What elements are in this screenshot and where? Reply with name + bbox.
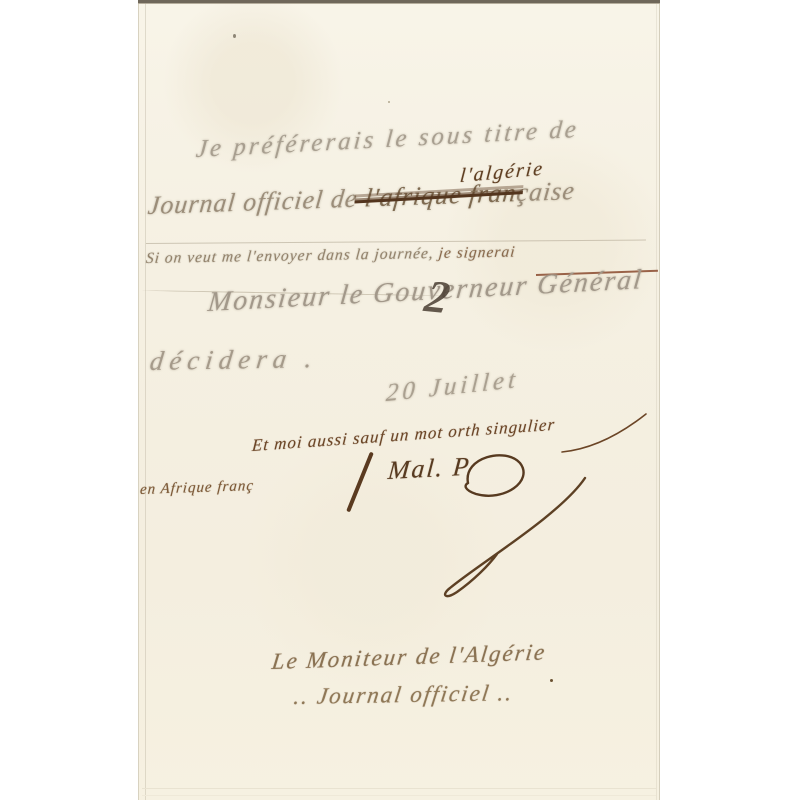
manuscript-line-1: Je préférerais le sous titre de: [195, 117, 580, 162]
paper-right-edge: [656, 3, 657, 800]
manuscript-line-2: Journal officiel de l'afrique française: [147, 178, 577, 219]
line3-underlined-text: je signerai: [438, 244, 516, 262]
manuscript-photo: Je préférerais le sous titre de l'algéri…: [138, 0, 660, 800]
paper-speck: [233, 34, 236, 38]
manuscript-line-6-date: 20 Juillet: [385, 367, 520, 406]
line2-prefix: Journal officiel de: [147, 184, 360, 220]
manuscript-line-5: décidera .: [148, 345, 319, 375]
paper-speck: [388, 101, 390, 103]
ruled-line: [146, 240, 646, 244]
scan-bottom-line: [142, 788, 656, 789]
line2-tail: çaise: [515, 176, 576, 207]
line3-text: Si on veut me l'envoyer dans la journée,: [145, 245, 434, 267]
caption-subtitle: .. Journal officiel ..: [292, 681, 515, 708]
caption-title: Le Moniteur de l'Algérie: [271, 640, 548, 673]
paper-left-edge: [145, 3, 146, 800]
scan-bottom-line: [142, 795, 656, 796]
line2-struck-text: l'afrique fran: [364, 178, 519, 212]
scan-canvas: Je préférerais le sous titre de l'algéri…: [0, 0, 800, 800]
signature-flourish: [368, 443, 618, 613]
manuscript-line-8: en Afrique franç: [139, 479, 254, 498]
manuscript-line-3: Si on veut me l'envoyer dans la journée,…: [145, 245, 516, 267]
paper-speck: [550, 679, 553, 682]
